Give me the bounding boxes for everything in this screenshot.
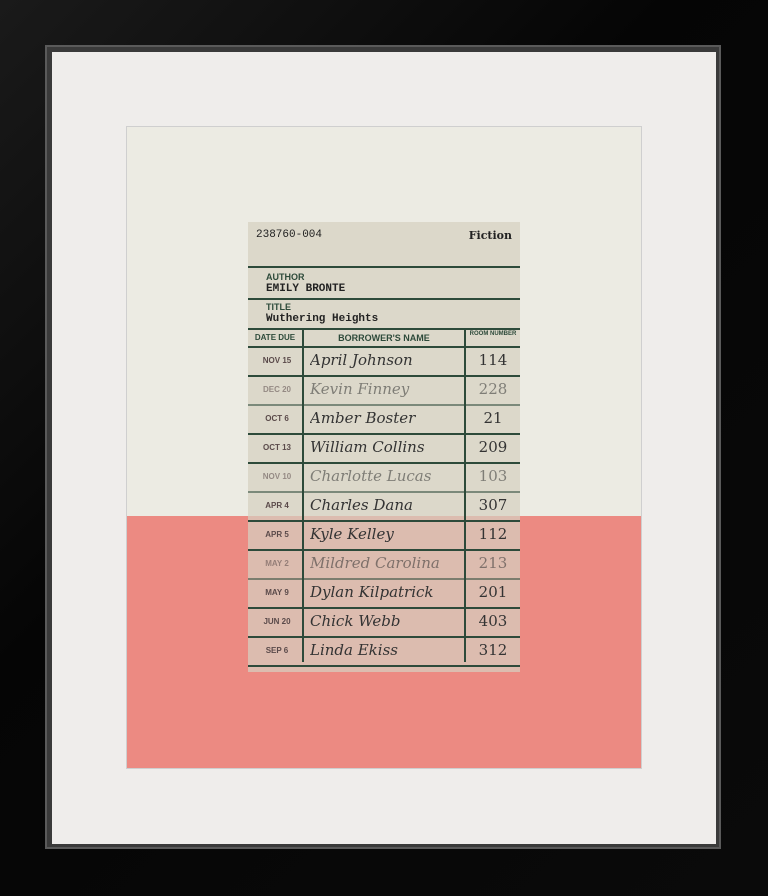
borrower-name: Mildred Carolina — [310, 554, 460, 572]
library-card: 238760-004 Fiction AUTHOR EMILY BRONTE T… — [248, 222, 520, 672]
table-row: DEC 20 Kevin Finney 228 — [248, 377, 520, 406]
date-due: DEC 20 — [252, 385, 302, 394]
borrower-name: Linda Ekiss — [310, 641, 460, 659]
header-borrower-name: BORROWER'S NAME — [304, 330, 464, 346]
author-value: EMILY BRONTE — [266, 283, 345, 295]
date-due: APR 5 — [252, 530, 302, 539]
table-row: APR 4 Charles Dana 307 — [248, 493, 520, 522]
category: Fiction — [469, 229, 512, 242]
borrower-name: April Johnson — [310, 351, 460, 369]
room-number: 209 — [470, 438, 516, 456]
author-label: AUTHOR — [266, 272, 305, 282]
date-due: MAY 9 — [252, 588, 302, 597]
room-number: 103 — [470, 467, 516, 485]
table-row: JUN 20 Chick Webb 403 — [248, 609, 520, 638]
borrower-name: Amber Boster — [310, 409, 460, 427]
borrower-name: Kyle Kelley — [310, 525, 460, 543]
date-due: OCT 13 — [252, 443, 302, 452]
divider — [248, 266, 520, 268]
date-due: NOV 15 — [252, 356, 302, 365]
divider — [248, 298, 520, 300]
room-number: 112 — [470, 525, 516, 543]
date-due: APR 4 — [252, 501, 302, 510]
room-number: 403 — [470, 612, 516, 630]
borrower-name: Charlotte Lucas — [310, 467, 460, 485]
header-room-number: ROOM NUMBER — [466, 330, 520, 346]
room-number: 201 — [470, 583, 516, 601]
date-due: JUN 20 — [252, 617, 302, 626]
call-number: 238760-004 — [256, 229, 322, 241]
date-due: SEP 6 — [252, 646, 302, 655]
room-number: 114 — [470, 351, 516, 369]
date-due: MAY 2 — [252, 559, 302, 568]
table-row: NOV 10 Charlotte Lucas 103 — [248, 464, 520, 493]
room-number: 213 — [470, 554, 516, 572]
date-due: OCT 6 — [252, 414, 302, 423]
room-number: 307 — [470, 496, 516, 514]
room-number: 21 — [470, 409, 516, 427]
borrower-name: Charles Dana — [310, 496, 460, 514]
room-number: 312 — [470, 641, 516, 659]
borrower-name: Chick Webb — [310, 612, 460, 630]
borrower-name: William Collins — [310, 438, 460, 456]
artwork: 238760-004 Fiction AUTHOR EMILY BRONTE T… — [127, 127, 641, 768]
table-row: MAY 9 Dylan Kilpatrick 201 — [248, 580, 520, 609]
table-row: MAY 2 Mildred Carolina 213 — [248, 551, 520, 580]
room-number: 228 — [470, 380, 516, 398]
date-due: NOV 10 — [252, 472, 302, 481]
table-row: APR 5 Kyle Kelley 112 — [248, 522, 520, 551]
borrower-name: Dylan Kilpatrick — [310, 583, 460, 601]
table-row: NOV 15 April Johnson 114 — [248, 348, 520, 377]
title-label: TITLE — [266, 302, 291, 312]
header-date-due: DATE DUE — [248, 330, 302, 346]
table-row: OCT 6 Amber Boster 21 — [248, 406, 520, 435]
table-row: SEP 6 Linda Ekiss 312 — [248, 638, 520, 667]
borrower-name: Kevin Finney — [310, 380, 460, 398]
title-value: Wuthering Heights — [266, 313, 378, 325]
table-row: OCT 13 William Collins 209 — [248, 435, 520, 464]
